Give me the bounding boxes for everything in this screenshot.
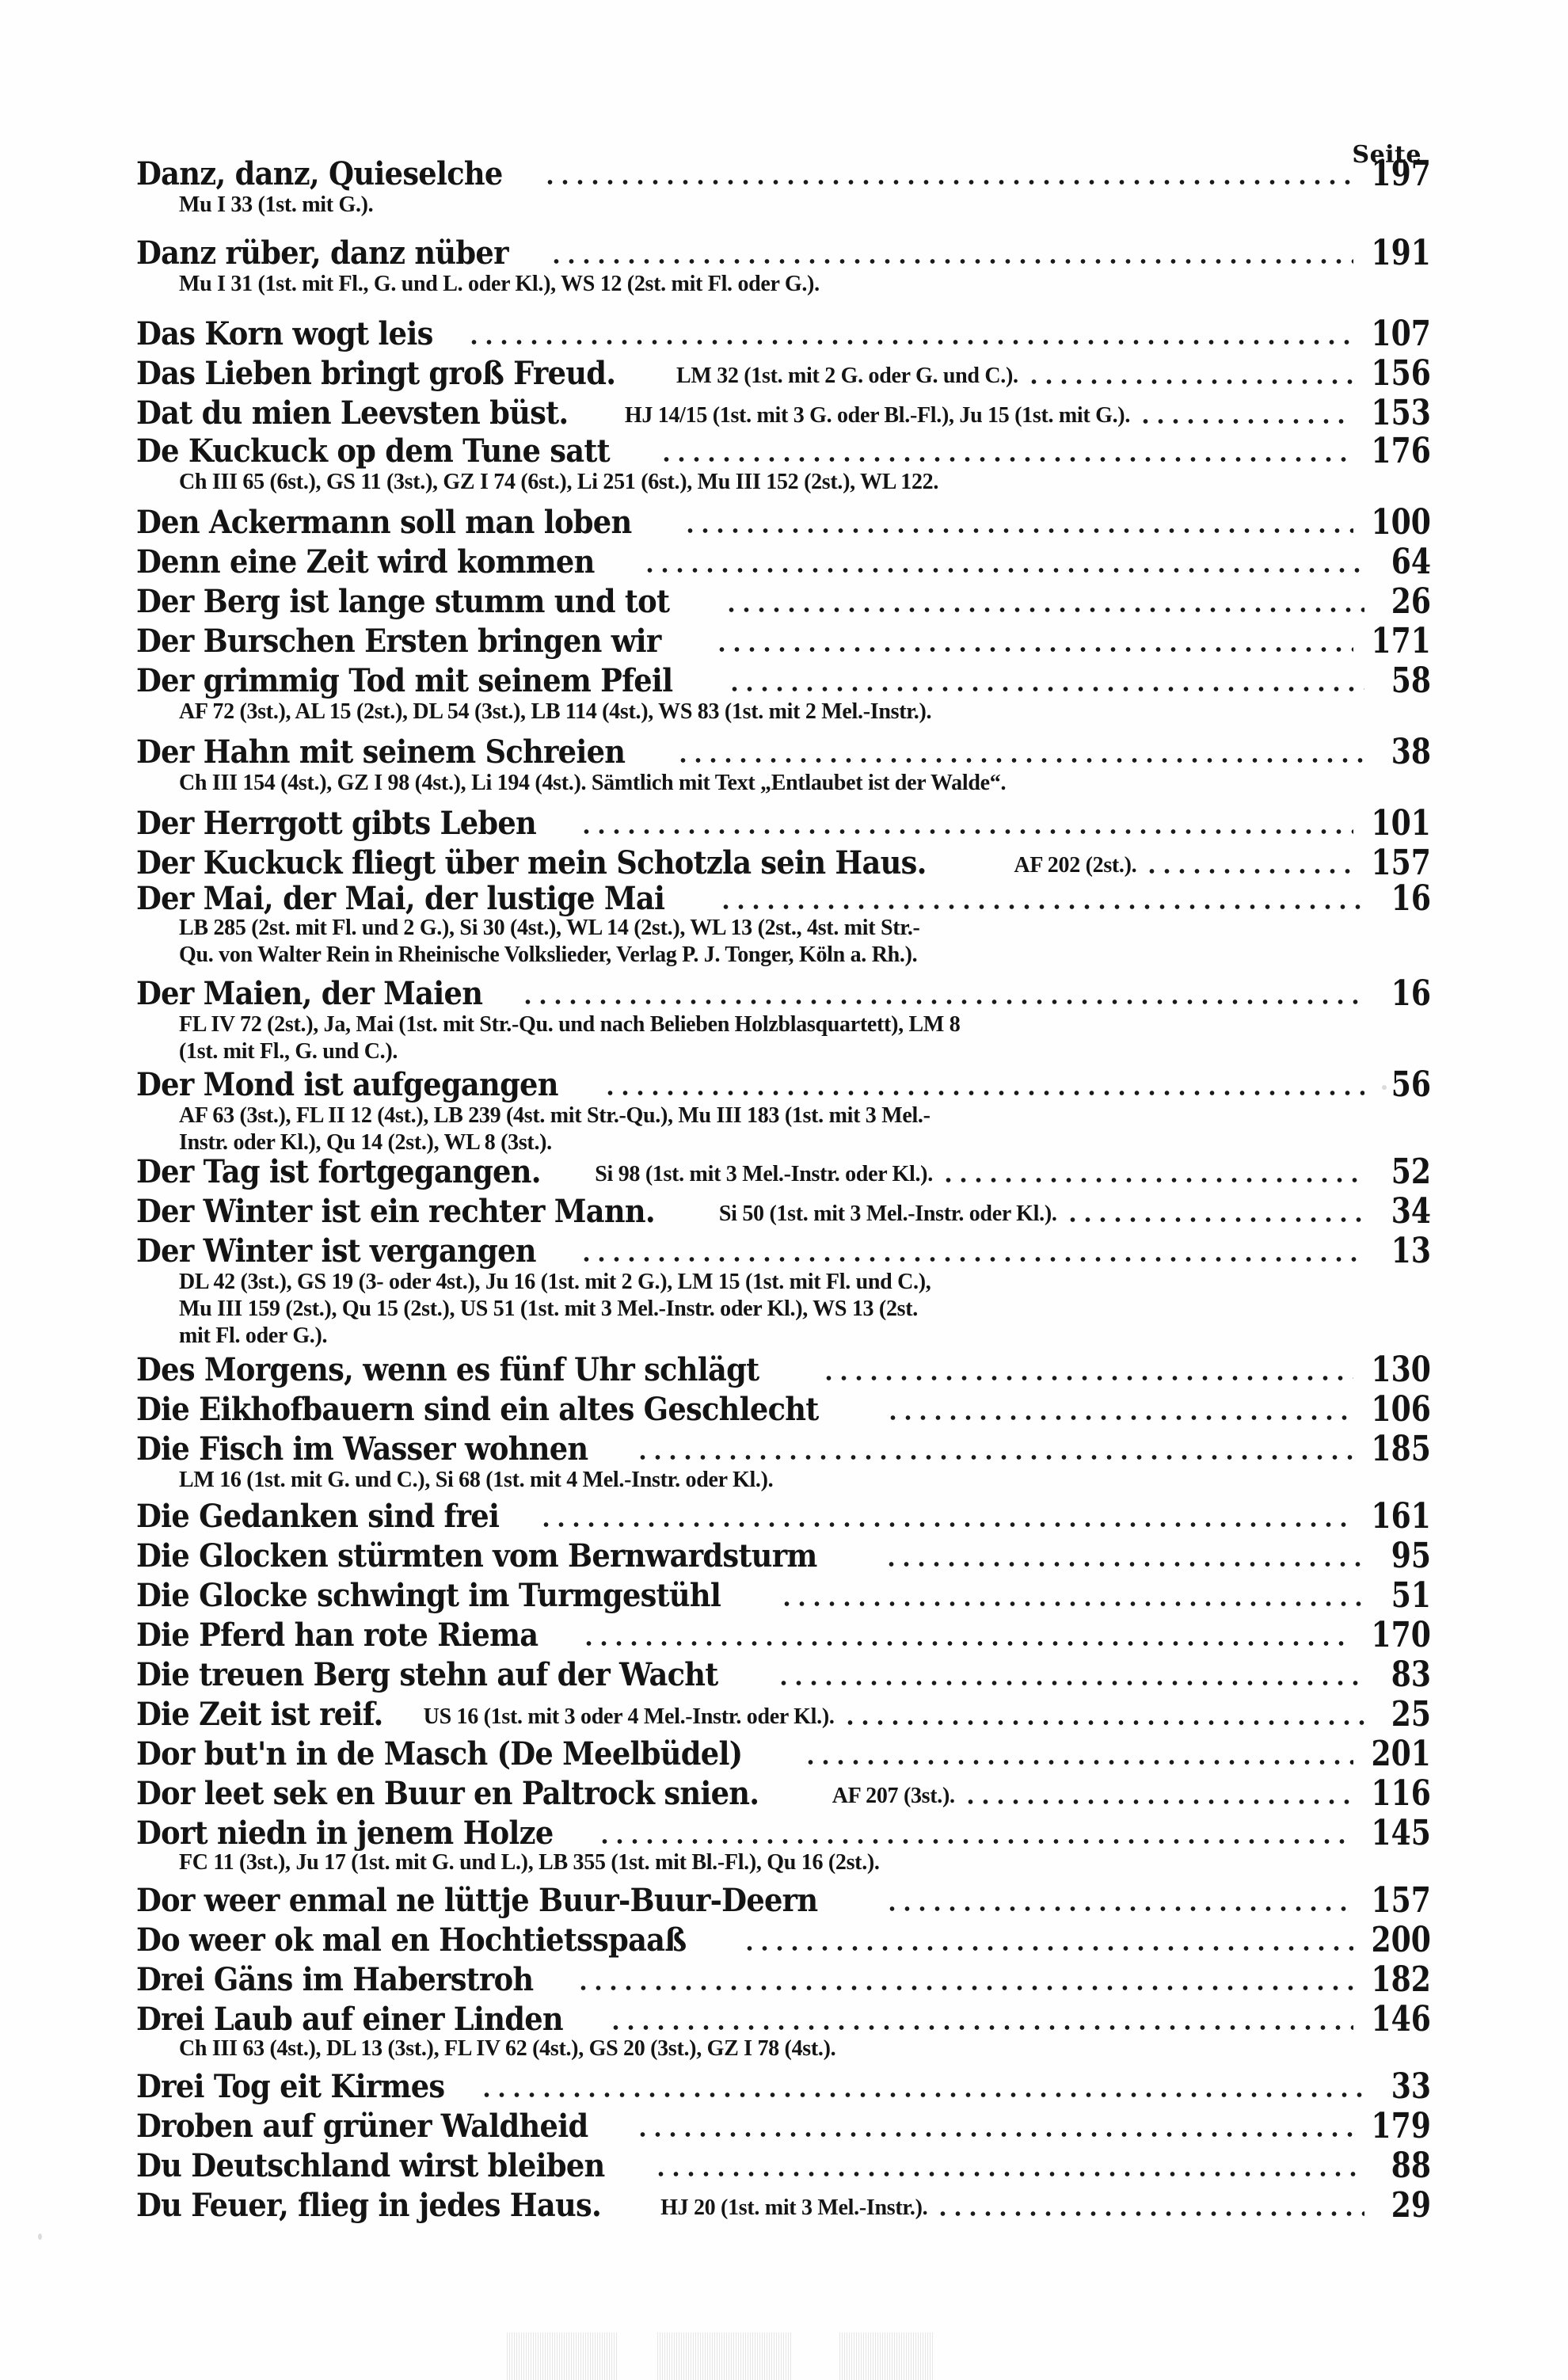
song-title: Das Korn wogt leis (136, 317, 433, 352)
dot-leader (549, 242, 1354, 266)
page-number: 100 (1372, 505, 1431, 540)
dot-leader (941, 1161, 1364, 1185)
source-references: Ch III 65 (6st.), GS 11 (3st.), GZ I 74 … (179, 469, 1312, 495)
dot-leader (714, 630, 1353, 654)
page-number: 13 (1380, 1234, 1431, 1269)
source-references-continued: mit Fl. oder G.). (179, 1323, 1312, 1349)
page-number: 200 (1372, 1923, 1431, 1958)
song-title: Drei Tog eit Kirmes (136, 2070, 444, 2104)
dot-leader (963, 1783, 1353, 1807)
page-number: 130 (1372, 1353, 1431, 1388)
dot-leader (742, 1929, 1353, 1953)
page-number: 106 (1372, 1392, 1431, 1427)
page-number: 33 (1380, 2070, 1431, 2104)
dot-leader (884, 1545, 1364, 1569)
source-references: LB 285 (2st. mit Fl. und 2 G.), Si 30 (4… (179, 915, 1312, 941)
dot-leader (843, 1704, 1364, 1727)
song-title: Dor leet sek en Buur en Paltrock snien. (136, 1776, 759, 1811)
source-references: Mu I 31 (1st. mit Fl., G. und L. oder Kl… (179, 271, 1312, 297)
page-number: 88 (1380, 2149, 1431, 2184)
dot-leader (676, 741, 1364, 765)
song-title: Do weer ok mal en Hochtietsspaaß (136, 1923, 687, 1958)
song-title: Droben auf grüner Waldheid (136, 2109, 588, 2144)
page-number: 34 (1380, 1194, 1431, 1229)
song-title: Danz rüber, danz nüber (136, 236, 508, 271)
page-number: 157 (1372, 1883, 1431, 1918)
source-references: FC 11 (3st.), Ju 17 (1st. mit G. und L.)… (179, 1849, 1312, 1875)
song-title: Das Lieben bringt groß Freud. (136, 356, 615, 391)
dot-leader (520, 983, 1364, 1007)
song-title: Du Deutschland wirst bleiben (136, 2149, 605, 2184)
page-number: 58 (1380, 664, 1431, 699)
dot-leader (683, 512, 1353, 535)
page-number: 185 (1372, 1432, 1431, 1467)
dot-leader (935, 2195, 1364, 2218)
page-number: 26 (1380, 585, 1431, 619)
page-number: 170 (1372, 1618, 1431, 1653)
song-title: Die Glocke schwingt im Turmgestühl (136, 1578, 721, 1613)
song-title: Die Pferd han rote Riema (136, 1618, 538, 1653)
dot-leader (1026, 363, 1353, 387)
dot-leader (885, 1399, 1353, 1422)
song-title: Der Winter ist ein rechter Mann. (136, 1194, 655, 1229)
page-number: 107 (1372, 317, 1431, 352)
song-title: Dor but'n in de Masch (De Meelbüdel) (136, 1737, 742, 1772)
dot-leader (597, 1822, 1353, 1846)
dot-leader (885, 1890, 1353, 1914)
song-title: Die Glocken stürmten vom Bernwardsturm (136, 1539, 817, 1574)
page-number: 38 (1380, 735, 1431, 770)
page-number: 191 (1372, 236, 1431, 271)
song-title: Die Zeit ist reif. (136, 1697, 383, 1732)
song-title: Dor weer enmal ne lüttje Buur-Buur-Deern (136, 1883, 817, 1918)
page-number: 201 (1372, 1737, 1431, 1772)
index-page: Seite Danz, danz, Quieselche197 Mu I 33 … (0, 0, 1568, 2380)
song-title: Der grimmig Tod mit seinem Pfeil (136, 664, 672, 699)
song-title: Des Morgens, wenn es fünf Uhr schlägt (136, 1353, 759, 1388)
dot-leader (718, 888, 1364, 912)
dot-leader (581, 1624, 1354, 1648)
dot-leader (1138, 402, 1353, 426)
song-title: Der Herrgott gibts Leben (136, 806, 536, 841)
song-title: Der Burschen Ersten bringen wir (136, 624, 661, 659)
page-number: 153 (1372, 396, 1431, 431)
song-title: Die treuen Berg stehn auf der Wacht (136, 1658, 718, 1693)
page-number: 146 (1372, 2002, 1431, 2037)
dot-leader (803, 1743, 1353, 1767)
source-references: Ch III 63 (4st.), DL 13 (3st.), FL IV 62… (179, 2035, 1312, 2062)
source-references-continued: Qu. von Walter Rein in Rheinische Volksl… (179, 942, 1312, 968)
song-title: Der Winter ist vergangen (136, 1234, 536, 1269)
page-number: 197 (1372, 157, 1431, 192)
page-number: 16 (1380, 977, 1431, 1011)
scan-smudge (839, 2332, 934, 2380)
source-references: DL 42 (3st.), GS 19 (3- oder 4st.), Ju 1… (179, 1269, 1312, 1295)
source-references: AF 72 (3st.), AL 15 (2st.), DL 54 (3st.)… (179, 699, 1312, 725)
source-references: LM 32 (1st. mit 2 G. oder G. und C.). (676, 364, 1018, 388)
dot-leader (653, 2155, 1364, 2179)
scan-speck (1382, 1085, 1387, 1090)
page-number: 116 (1372, 1776, 1431, 1811)
dot-leader (608, 2009, 1353, 2032)
song-title: Der Berg ist lange stumm und tot (136, 585, 669, 619)
song-title: Drei Laub auf einer Linden (136, 2002, 563, 2037)
source-references: Mu I 33 (1st. mit G.). (179, 192, 1312, 218)
source-references: AF 63 (3st.), FL II 12 (4st.), LB 239 (4… (179, 1102, 1312, 1129)
dot-leader (724, 591, 1364, 615)
song-title: Die Gedanken sind frei (136, 1499, 499, 1534)
page-number: 95 (1380, 1539, 1431, 1574)
song-title: Dat du mien Leevsten büst. (136, 396, 568, 431)
source-references: HJ 20 (1st. mit 3 Mel.-Instr.). (660, 2196, 927, 2220)
page-number: 83 (1380, 1658, 1431, 1693)
source-references: FL IV 72 (2st.), Ja, Mai (1st. mit Str.-… (179, 1011, 1312, 1038)
song-title: Die Fisch im Wasser wohnen (136, 1432, 588, 1467)
song-title: Der Mond ist aufgegangen (136, 1068, 558, 1102)
dot-leader (539, 1506, 1353, 1529)
dot-leader (466, 323, 1353, 347)
dot-leader (579, 813, 1353, 836)
page-number: 52 (1380, 1155, 1431, 1190)
source-references: LM 16 (1st. mit G. und C.), Si 68 (1st. … (179, 1467, 1312, 1493)
dot-leader (635, 2115, 1353, 2139)
song-title: Die Eikhofbauern sind ein altes Geschlec… (136, 1392, 819, 1427)
page-number: 64 (1380, 545, 1431, 580)
dot-leader (776, 1664, 1364, 1688)
page-number: 156 (1372, 356, 1431, 391)
source-references: Ch III 154 (4st.), GZ I 98 (4st.), Li 19… (179, 770, 1312, 796)
song-title: Du Feuer, flieg in jedes Haus. (136, 2188, 601, 2223)
source-references: Si 50 (1st. mit 3 Mel.-Instr. oder Kl.). (719, 1202, 1057, 1226)
scan-smudge (657, 2332, 792, 2380)
dot-leader (727, 670, 1364, 694)
source-references: AF 202 (2st.). (1014, 854, 1136, 878)
song-title: Der Hahn mit seinem Schreien (136, 735, 625, 770)
song-title: Dort niedn in jenem Holze (136, 1816, 554, 1851)
dot-leader (642, 551, 1364, 575)
source-references: US 16 (1st. mit 3 oder 4 Mel.-Instr. ode… (424, 1705, 835, 1729)
source-references: HJ 14/15 (1st. mit 3 G. oder Bl.-Fl.), J… (625, 404, 1130, 428)
dot-leader (479, 2076, 1364, 2100)
page-number: 16 (1380, 882, 1431, 916)
dot-leader (576, 1969, 1353, 1993)
source-references-continued: Mu III 159 (2st.), Qu 15 (2st.), US 51 (… (179, 1296, 1312, 1322)
page-number: 171 (1372, 624, 1431, 659)
song-title: Der Maien, der Maien (136, 977, 482, 1011)
dot-leader (603, 1074, 1364, 1098)
song-title: Der Mai, der Mai, der lustige Mai (136, 882, 664, 916)
source-references: Si 98 (1st. mit 3 Mel.-Instr. oder Kl.). (595, 1163, 933, 1186)
dot-leader (659, 440, 1353, 464)
page-number: 56 (1380, 1068, 1431, 1102)
dot-leader (635, 1438, 1353, 1462)
scan-speck (38, 2233, 42, 2240)
page-number: 101 (1372, 806, 1431, 841)
dot-leader (579, 1240, 1364, 1264)
page-number: 179 (1372, 2109, 1431, 2144)
page-number: 25 (1380, 1697, 1431, 1732)
dot-leader (542, 163, 1353, 187)
song-title: Drei Gäns im Haberstroh (136, 1963, 533, 1997)
page-number: 145 (1372, 1816, 1431, 1851)
song-title: De Kuckuck op dem Tune satt (136, 434, 610, 469)
dot-leader (1065, 1201, 1364, 1224)
source-references: AF 207 (3st.). (832, 1784, 955, 1808)
scan-smudge (507, 2332, 618, 2380)
song-title: Danz, danz, Quieselche (136, 157, 503, 192)
page-number: 176 (1372, 434, 1431, 469)
page-number: 182 (1372, 1963, 1431, 1997)
page-number: 161 (1372, 1499, 1431, 1534)
page-number: 29 (1380, 2188, 1431, 2223)
dot-leader (779, 1585, 1364, 1609)
song-title: Denn eine Zeit wird kommen (136, 545, 595, 580)
page-number: 51 (1380, 1578, 1431, 1613)
song-title: Den Ackermann soll man loben (136, 505, 631, 540)
dot-leader (821, 1359, 1353, 1383)
dot-leader (1144, 852, 1353, 876)
song-title: Der Tag ist fortgegangen. (136, 1155, 541, 1190)
